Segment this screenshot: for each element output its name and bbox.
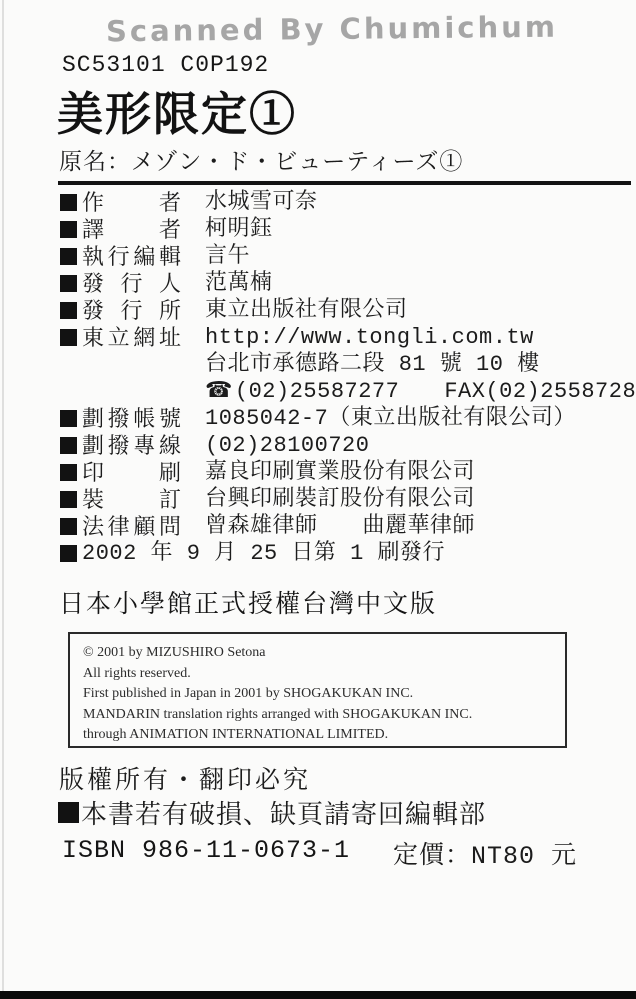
credit-label: 劃撥專線 xyxy=(82,432,181,459)
bullet-square-icon xyxy=(60,221,77,238)
credit-label: 印刷 xyxy=(82,459,181,486)
copyright-line: © 2001 by MIZUSHIRO Setona xyxy=(83,643,553,664)
credit-row-website: 東立網址 http://www.tongli.com.tw xyxy=(60,324,630,351)
credit-value: 柯明鈺 xyxy=(205,216,273,243)
phone-icon: ☎ xyxy=(205,379,233,404)
bottom-black-bar xyxy=(0,991,636,999)
credit-value: 東立出版社有限公司 xyxy=(205,297,408,324)
credit-label: 譯者 xyxy=(82,216,181,243)
license-line: 日本小學館正式授權台灣中文版 xyxy=(59,584,437,620)
credit-value: 台興印刷裝訂股份有限公司 xyxy=(205,486,475,513)
credit-row-address: 台北市承德路二段 81 號 10 樓 xyxy=(60,351,630,378)
bullet-square-icon xyxy=(60,302,77,319)
credit-value: (02)28100720 xyxy=(205,432,369,459)
bullet-square-icon xyxy=(60,545,77,562)
credit-value: 曾森雄律師 曲麗華律師 xyxy=(205,513,475,540)
original-title: 原名：メゾン・ド・ビューティーズ① xyxy=(59,143,463,176)
credit-row-print-date: 2002 年 9 月 25 日第 1 刷發行 xyxy=(60,540,630,567)
credits-list: 作者 水城雪可奈 譯者 柯明鈺 執行編輯 言午 發行人 范萬楠 發行所 東立出版… xyxy=(60,189,630,567)
phone-fax-text: ☎(02)25587277 FAX(02)25587281 xyxy=(205,378,636,405)
credit-value: 水城雪可奈 xyxy=(205,189,318,216)
bullet-square-icon xyxy=(60,329,77,346)
phone-fax-numbers: (02)25587277 FAX(02)25587281 xyxy=(235,379,636,404)
damage-note-text: 本書若有破損、缺頁請寄回編輯部 xyxy=(81,794,486,831)
credit-value: 范萬楠 xyxy=(205,270,273,297)
credit-row-publishing-house: 發行所 東立出版社有限公司 xyxy=(60,297,630,324)
bullet-square-icon xyxy=(60,275,77,292)
copyright-box: © 2001 by MIZUSHIRO Setona All rights re… xyxy=(68,632,567,748)
isbn-number: ISBN 986-11-0673-1 xyxy=(62,836,350,865)
credit-value: 1085042-7（東立出版社有限公司） xyxy=(205,405,576,432)
credit-label: 發行所 xyxy=(82,297,181,324)
credit-value: 言午 xyxy=(205,243,250,270)
damage-return-note: 本書若有破損、缺頁請寄回編輯部 xyxy=(58,794,486,831)
copyright-line: All rights reserved. xyxy=(83,664,553,685)
credit-label: 作者 xyxy=(82,189,181,216)
bullet-square-icon xyxy=(60,518,77,535)
credit-row-translator: 譯者 柯明鈺 xyxy=(60,216,630,243)
copyright-line: First published in Japan in 2001 by SHOG… xyxy=(83,684,553,705)
bullet-square-icon xyxy=(60,464,77,481)
price-label: 定價：NT80 元 xyxy=(393,835,577,871)
credit-row-phone-fax: ☎(02)25587277 FAX(02)25587281 xyxy=(60,378,630,405)
scan-note: Scanned By Chumichum xyxy=(106,10,558,49)
book-title: 美形限定① xyxy=(57,78,297,144)
credit-value: 嘉良印刷實業股份有限公司 xyxy=(205,459,475,486)
copyright-line: through ANIMATION INTERNATIONAL LIMITED. xyxy=(83,725,553,746)
website-url: http://www.tongli.com.tw xyxy=(205,324,534,351)
credit-label: 執行編輯 xyxy=(82,243,181,270)
address-text: 台北市承德路二段 81 號 10 樓 xyxy=(205,351,540,378)
bullet-square-icon xyxy=(60,194,77,211)
credit-label: 東立網址 xyxy=(82,324,181,351)
credit-row-executive-editor: 執行編輯 言午 xyxy=(60,243,630,270)
divider-rule xyxy=(58,181,631,185)
credit-label: 法律顧問 xyxy=(82,513,181,540)
credit-label: 劃撥帳號 xyxy=(82,405,181,432)
bullet-square-icon xyxy=(60,437,77,454)
copyright-line: MANDARIN translation rights arranged wit… xyxy=(83,705,553,726)
credit-row-legal-advisors: 法律顧問 曾森雄律師 曲麗華律師 xyxy=(60,513,630,540)
credit-row-binding: 裝訂 台興印刷裝訂股份有限公司 xyxy=(60,486,630,513)
bullet-square-icon xyxy=(58,802,79,823)
bullet-square-icon xyxy=(60,491,77,508)
bullet-square-icon xyxy=(60,410,77,427)
bullet-square-icon xyxy=(60,248,77,265)
rights-reserved-line: 版權所有・翻印必究 xyxy=(59,760,311,796)
credit-row-author: 作者 水城雪可奈 xyxy=(60,189,630,216)
print-date-text: 2002 年 9 月 25 日第 1 刷發行 xyxy=(82,540,445,567)
credit-row-postal-account: 劃撥帳號 1085042-7（東立出版社有限公司） xyxy=(60,405,630,432)
credit-row-printer: 印刷 嘉良印刷實業股份有限公司 xyxy=(60,459,630,486)
credit-label: 裝訂 xyxy=(82,486,181,513)
credit-row-postal-line: 劃撥專線 (02)28100720 xyxy=(60,432,630,459)
scan-edge-artifact xyxy=(2,0,4,999)
credit-label: 發行人 xyxy=(82,270,181,297)
credit-row-publisher-person: 發行人 范萬楠 xyxy=(60,270,630,297)
product-code: SC53101 C0P192 xyxy=(62,52,269,78)
